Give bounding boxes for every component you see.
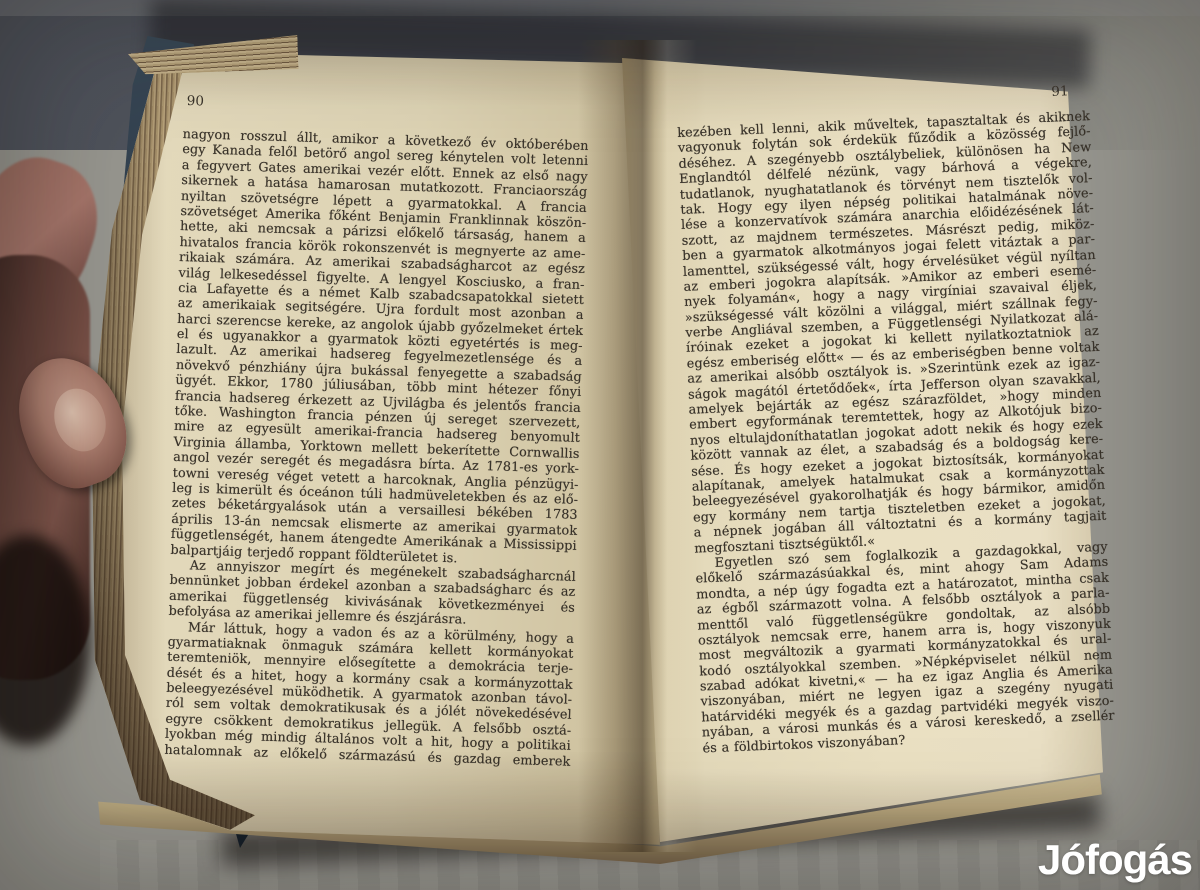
watermark: Jófogás [1038,836,1192,884]
open-book-photo: 90 91 nagyon rosszul állt, amikor a köve… [0,0,1200,890]
page-text-left: nagyon rosszul állt, amikor a következő … [164,127,589,770]
page-text-right: kezében kell lenni, akik műveltek, tapas… [677,109,1116,756]
page-number-right: 91 [1051,83,1069,100]
page-number-left: 90 [187,93,205,110]
